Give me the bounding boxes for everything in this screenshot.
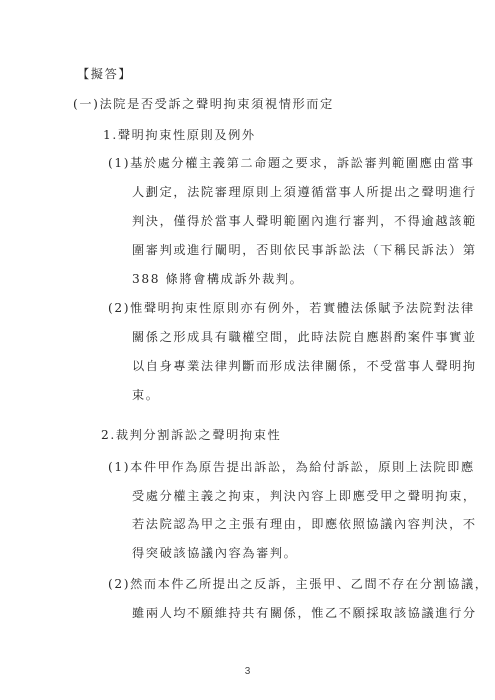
section-1-title: (一)法院是否受訴之聲明拘束須視情形而定 [73,96,334,112]
subsection-1-title: 1.聲明拘束性原則及例外 [103,127,256,143]
paragraph-line: 以自身專業法律判斷而形成法律關係，不受當事人聲明拘 [132,358,477,374]
paragraph-line: 人劃定，法院審理原則上須遵循當事人所提出之聲明進行 [132,184,477,200]
subsection-2-title: 2.裁判分割訴訟之聲明拘束性 [101,427,281,443]
paragraph-line: 雖兩人均不願維持共有關係，惟乙不願採取該協議進行分 [132,605,477,621]
paragraph-line: (1)本件甲作為原告提出訴訟，為給付訴訟，原則上法院即應 [108,459,475,475]
paragraph-line: 得突破該協議內容為審判。 [132,545,297,561]
paragraph-line: 受處分權主義之拘束，判決內容上即應受甲之聲明拘束， [132,488,477,504]
paragraph-line: 圍審判或進行闡明，否則依民事訴訟法（下稱民訴法）第 [132,242,477,258]
document-page: 【擬答】 (一)法院是否受訴之聲明拘束須視情形而定 1.聲明拘束性原則及例外 (… [0,0,495,700]
paragraph-line: (2)然而本件乙所提出之反訴，主張甲、乙間不存在分割協議， [108,576,489,592]
paragraph-line: 關係之形成具有職權空間，此時法院自應斟酌案件事實並 [132,329,477,345]
paragraph-line: 束。 [132,387,160,403]
paragraph-line: 388 條將會構成訴外裁判。 [132,271,303,287]
paragraph-line: 若法院認為甲之主張有理由，即應依照協議內容判決，不 [132,516,477,532]
page-number: 3 [0,666,495,677]
answer-heading: 【擬答】 [77,66,132,82]
paragraph-line: 判決，僅得於當事人聲明範圍內進行審判，不得逾越該範 [132,213,477,229]
paragraph-line: (2)惟聲明拘束性原則亦有例外，若實體法係賦予法院對法律 [108,300,475,316]
paragraph-line: (1)基於處分權主義第二命題之要求，訴訟審判範圍應由當事 [108,155,475,171]
